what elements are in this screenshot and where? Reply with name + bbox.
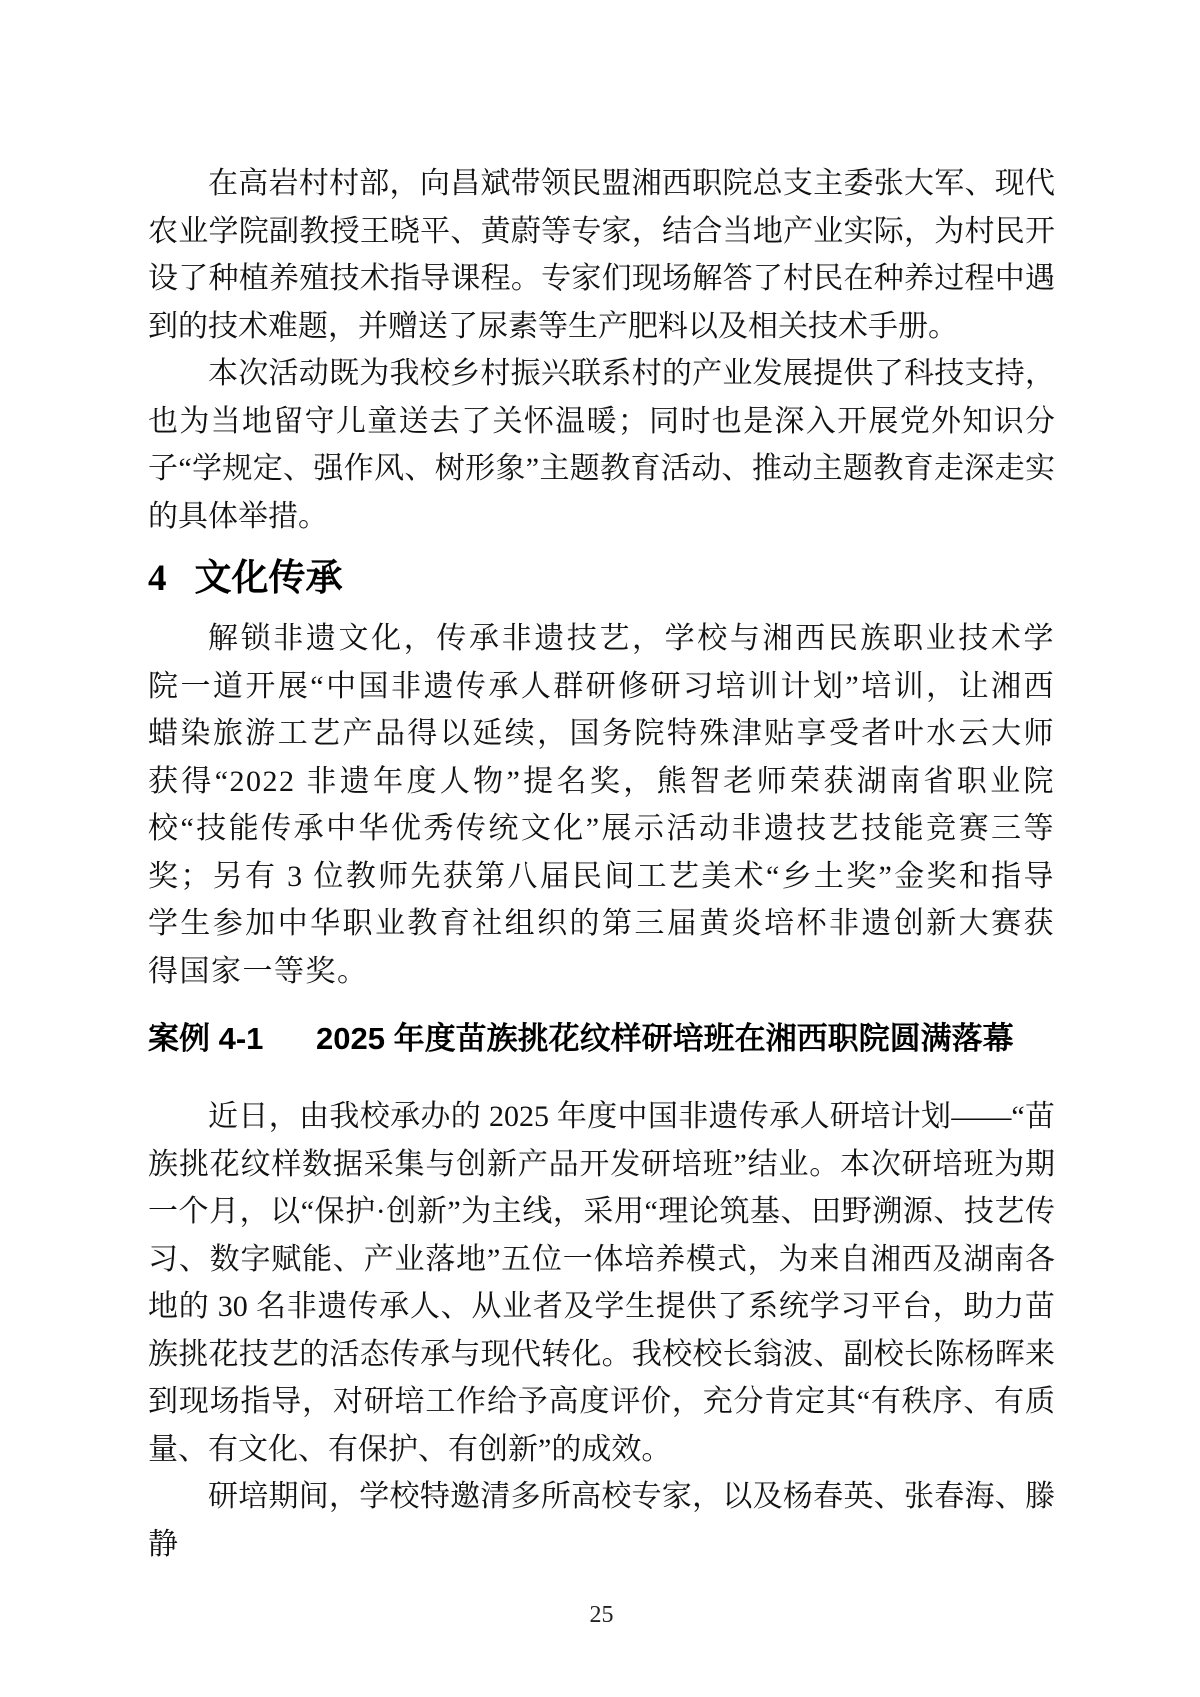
case-label: 案例 4-1	[148, 1021, 263, 1056]
section-number: 4	[148, 557, 167, 601]
case-title: 2025 年度苗族挑花纹样研培班在湘西职院圆满落幕	[316, 1021, 1014, 1056]
paragraph-intangible-heritage: 解锁非遗文化，传承非遗技艺，学校与湘西民族职业技术学院一道开展“中国非遗传承人群…	[148, 615, 1055, 995]
case-heading-4-1: 案例 4-1 2025 年度苗族挑花纹样研培班在湘西职院圆满落幕	[148, 1019, 1055, 1059]
page-number: 25	[590, 1602, 614, 1628]
paragraph-invited-experts: 研培期间，学校特邀清多所高校专家，以及杨春英、张春海、滕静	[148, 1473, 1055, 1568]
paragraph-village-training: 在高岩村村部，向昌斌带领民盟湘西职院总支主委张大军、现代农业学院副教授王晓平、黄…	[148, 160, 1055, 350]
paragraph-training-class: 近日，由我校承办的 2025 年度中国非遗传承人研培计划——“苗族挑花纹样数据采…	[148, 1093, 1055, 1473]
section-title: 文化传承	[195, 556, 343, 600]
document-page: 在高岩村村部，向昌斌带领民盟湘西职院总支主委张大军、现代农业学院副教授王晓平、黄…	[0, 0, 1200, 1697]
page-footer: 25	[148, 1600, 1055, 1630]
section-heading-cultural-heritage: 4 文化传承	[148, 556, 1055, 601]
paragraph-activity-summary: 本次活动既为我校乡村振兴联系村的产业发展提供了科技支持，也为当地留守儿童送去了关…	[148, 350, 1055, 540]
